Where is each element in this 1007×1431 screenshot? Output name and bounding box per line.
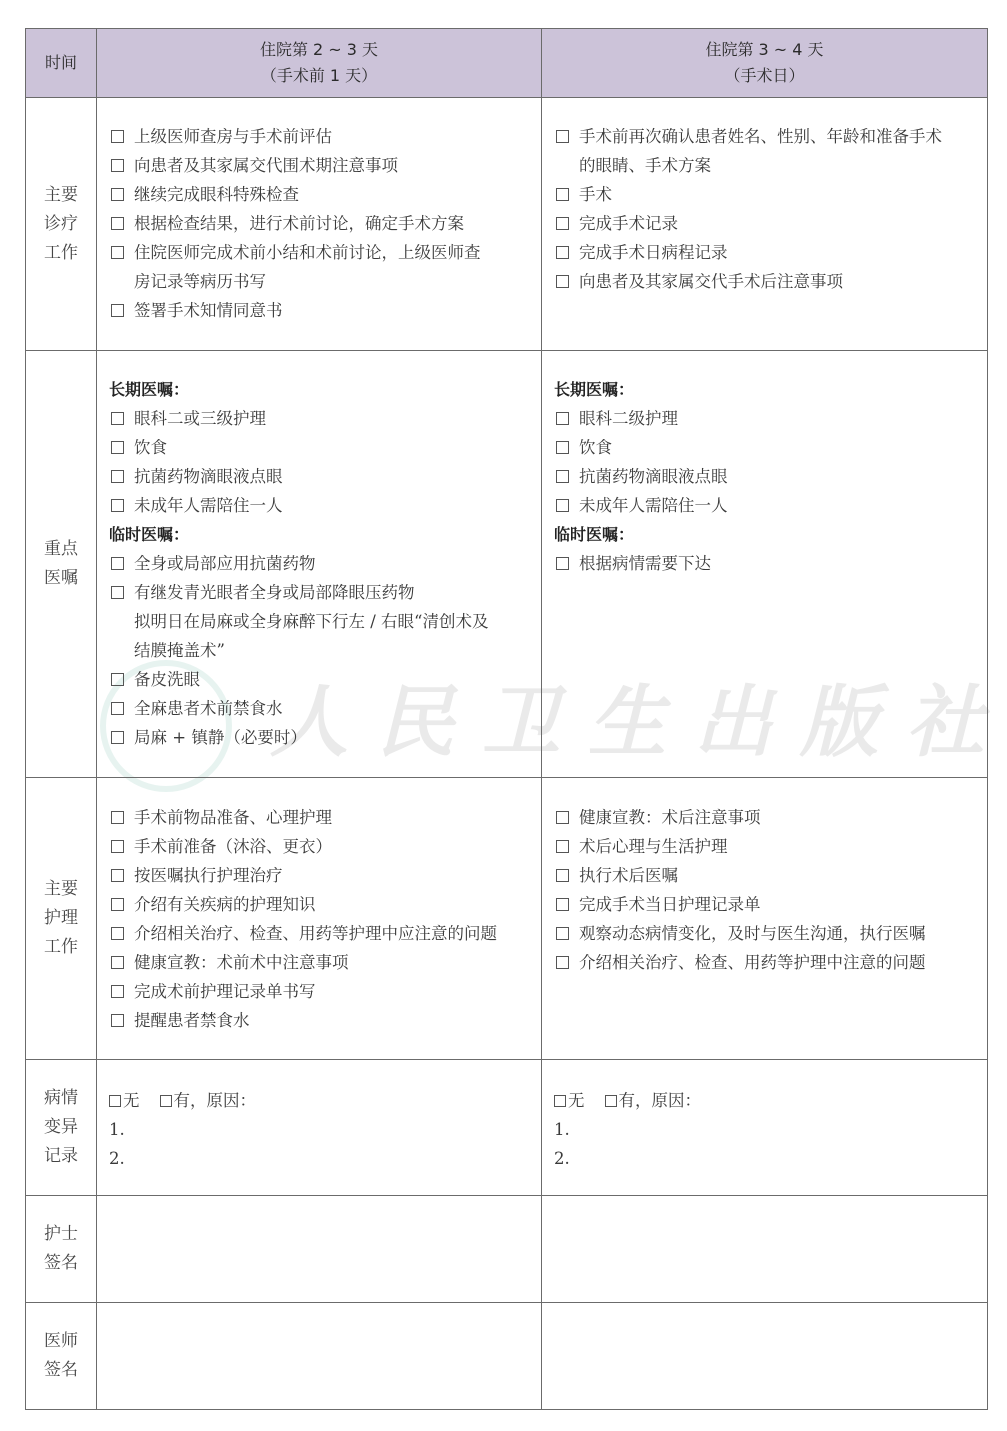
reason-line-2[interactable]: 2.: [109, 1144, 529, 1173]
checkbox-icon[interactable]: [111, 586, 124, 599]
checklist-item[interactable]: 局麻 + 镇静（必要时）: [109, 723, 529, 752]
long-term-orders-title: 长期医嘱：: [109, 375, 529, 404]
item-text: 介绍相关治疗、检查、用药等护理中注意的问题: [579, 948, 975, 977]
checkbox-icon[interactable]: [111, 1014, 124, 1027]
header-row: 时间 住院第 2 ~ 3 天 （手术前 1 天） 住院第 3 ~ 4 天 （手术…: [26, 29, 988, 98]
item-text: 向患者及其家属交代手术后注意事项: [579, 267, 975, 296]
doctor-signature-day2-3[interactable]: [97, 1303, 542, 1410]
variance-options: 无 有，原因：: [109, 1086, 529, 1115]
main-work-day3-4: 手术前再次确认患者姓名、性别、年龄和准备手术 的眼睛、手术方案 手术 完成手术记…: [542, 98, 988, 351]
checkbox-icon[interactable]: [111, 499, 124, 512]
item-text: 健康宣教：术后注意事项: [579, 803, 975, 832]
checklist-item[interactable]: 健康宣教：术前术中注意事项: [109, 948, 529, 977]
checkbox-icon[interactable]: [111, 985, 124, 998]
checklist-item[interactable]: 饮食: [109, 433, 529, 462]
label-line: 医师: [26, 1327, 96, 1356]
label-line: 变异: [26, 1113, 96, 1142]
item-text: 全身或局部应用抗菌药物: [134, 549, 529, 578]
surgery-plan-text-continued: 结膜掩盖术”: [109, 636, 529, 665]
label-line: 病情: [26, 1084, 96, 1113]
surgery-plan-text: 拟明日在局麻或全身麻醉下行左 / 右眼“清创术及: [109, 607, 529, 636]
checklist-item[interactable]: 有继发青光眼者全身或局部降眼压药物: [109, 578, 529, 607]
checklist-item[interactable]: 根据病情需要下达: [554, 549, 975, 578]
checkbox-icon[interactable]: [556, 441, 569, 454]
item-text: 完成手术当日护理记录单: [579, 890, 975, 919]
checklist-item[interactable]: 未成年人需陪住一人: [109, 491, 529, 520]
checklist-item[interactable]: 介绍相关治疗、检查、用药等护理中应注意的问题: [109, 919, 529, 948]
main-work-label: 主要 诊疗 工作: [26, 98, 97, 351]
checkbox-icon[interactable]: [556, 898, 569, 911]
checklist-item[interactable]: 介绍相关治疗、检查、用药等护理中注意的问题: [554, 948, 975, 977]
day2-3-subtitle: （手术前 1 天）: [97, 63, 541, 89]
item-text: 抗菌药物滴眼液点眼: [134, 462, 529, 491]
checkbox-none[interactable]: [554, 1095, 566, 1107]
long-term-orders-title: 长期医嘱：: [554, 375, 975, 404]
item-text: 饮食: [579, 433, 975, 462]
day2-3-header: 住院第 2 ~ 3 天 （手术前 1 天）: [97, 29, 542, 98]
checklist-item[interactable]: 手术前再次确认患者姓名、性别、年龄和准备手术: [554, 122, 975, 151]
checkbox-icon[interactable]: [556, 557, 569, 570]
key-orders-row: 重点 医嘱 长期医嘱： 眼科二或三级护理 饮食 抗菌药物滴眼液点眼 未成年人需陪…: [26, 351, 988, 778]
item-text: 提醒患者禁食水: [134, 1006, 529, 1035]
item-text: 备皮洗眼: [134, 665, 529, 694]
item-text: 按医嘱执行护理治疗: [134, 861, 529, 890]
temporary-orders-title: 临时医嘱：: [109, 520, 529, 549]
option-yes-label: 有，原因：: [174, 1086, 257, 1115]
nurse-signature-row: 护士 签名: [26, 1196, 988, 1303]
day3-4-title: 住院第 3 ~ 4 天: [542, 37, 987, 63]
variance-day3-4: 无 有，原因： 1. 2.: [542, 1060, 988, 1196]
item-text: 介绍相关治疗、检查、用药等护理中应注意的问题: [134, 919, 529, 948]
item-text: 向患者及其家属交代围术期注意事项: [134, 151, 529, 180]
item-text: 未成年人需陪住一人: [134, 491, 529, 520]
item-text: 手术前再次确认患者姓名、性别、年龄和准备手术: [579, 122, 975, 151]
variance-day2-3: 无 有，原因： 1. 2.: [97, 1060, 542, 1196]
item-text: 签署手术知情同意书: [134, 296, 529, 325]
checklist-item[interactable]: 执行术后医嘱: [554, 861, 975, 890]
checkbox-icon[interactable]: [556, 840, 569, 853]
nursing-work-day3-4: 健康宣教：术后注意事项 术后心理与生活护理 执行术后医嘱 完成手术当日护理记录单…: [542, 778, 988, 1060]
checklist-item[interactable]: 完成术前护理记录单书写: [109, 977, 529, 1006]
item-text: 饮食: [134, 433, 529, 462]
checklist-item[interactable]: 手术: [554, 180, 975, 209]
checklist-item[interactable]: 未成年人需陪住一人: [554, 491, 975, 520]
checkbox-icon[interactable]: [556, 470, 569, 483]
item-text: 根据病情需要下达: [579, 549, 975, 578]
day2-3-title: 住院第 2 ~ 3 天: [97, 37, 541, 63]
item-text: 全麻患者术前禁食水: [134, 694, 529, 723]
label-line: 诊疗: [26, 210, 96, 239]
checkbox-icon[interactable]: [111, 956, 124, 969]
item-text: 完成术前护理记录单书写: [134, 977, 529, 1006]
checklist-item[interactable]: 手术前准备（沐浴、更衣）: [109, 832, 529, 861]
nurse-signature-day2-3[interactable]: [97, 1196, 542, 1303]
checklist-item[interactable]: 抗菌药物滴眼液点眼: [109, 462, 529, 491]
item-text: 完成手术日病程记录: [579, 238, 975, 267]
nurse-signature-label: 护士 签名: [26, 1196, 97, 1303]
variance-row: 病情 变异 记录 无 有，原因： 1. 2. 无 有，原因： 1.: [26, 1060, 988, 1196]
item-text: 眼科二级护理: [579, 404, 975, 433]
main-work-day2-3: 上级医师查房与手术前评估 向患者及其家属交代围术期注意事项 继续完成眼科特殊检查…: [97, 98, 542, 351]
checkbox-icon[interactable]: [111, 731, 124, 744]
nursing-work-day2-3: 手术前物品准备、心理护理 手术前准备（沐浴、更衣） 按医嘱执行护理治疗 介绍有关…: [97, 778, 542, 1060]
variance-label: 病情 变异 记录: [26, 1060, 97, 1196]
checkbox-icon[interactable]: [556, 811, 569, 824]
checkbox-none[interactable]: [109, 1095, 121, 1107]
checkbox-icon[interactable]: [111, 412, 124, 425]
checklist-item[interactable]: 备皮洗眼: [109, 665, 529, 694]
checkbox-icon[interactable]: [556, 188, 569, 201]
checkbox-icon[interactable]: [111, 217, 124, 230]
item-text: 执行术后医嘱: [579, 861, 975, 890]
checklist-item[interactable]: 全麻患者术前禁食水: [109, 694, 529, 723]
item-text: 介绍有关疾病的护理知识: [134, 890, 529, 919]
item-text: 完成手术记录: [579, 209, 975, 238]
checkbox-icon[interactable]: [111, 188, 124, 201]
label-line: 护士: [26, 1220, 96, 1249]
reason-line-1[interactable]: 1.: [109, 1115, 529, 1144]
checklist-item[interactable]: 向患者及其家属交代手术后注意事项: [554, 267, 975, 296]
checkbox-icon[interactable]: [556, 869, 569, 882]
checkbox-icon[interactable]: [556, 275, 569, 288]
item-text: 有继发青光眼者全身或局部降眼压药物: [134, 578, 529, 607]
checkbox-icon[interactable]: [111, 702, 124, 715]
checkbox-icon[interactable]: [111, 673, 124, 686]
main-work-row: 主要 诊疗 工作 上级医师查房与手术前评估 向患者及其家属交代围术期注意事项 继…: [26, 98, 988, 351]
checkbox-icon[interactable]: [111, 869, 124, 882]
item-text: 继续完成眼科特殊检查: [134, 180, 529, 209]
checkbox-icon[interactable]: [556, 956, 569, 969]
nurse-signature-day3-4[interactable]: [542, 1196, 988, 1303]
checkbox-icon[interactable]: [556, 412, 569, 425]
item-text: 上级医师查房与手术前评估: [134, 122, 529, 151]
checklist-item[interactable]: 全身或局部应用抗菌药物: [109, 549, 529, 578]
label-line: 重点: [26, 535, 96, 564]
item-text-continued: 房记录等病历书写: [109, 267, 529, 296]
item-text: 住院医师完成术前小结和术前讨论，上级医师查: [134, 238, 529, 267]
checkbox-icon[interactable]: [556, 499, 569, 512]
label-line: 工作: [26, 239, 96, 268]
checklist-item[interactable]: 向患者及其家属交代围术期注意事项: [109, 151, 529, 180]
reason-line-2[interactable]: 2.: [554, 1144, 975, 1173]
item-text: 观察动态病情变化，及时与医生沟通，执行医嘱: [579, 919, 975, 948]
checklist-item[interactable]: 完成手术记录: [554, 209, 975, 238]
checkbox-icon[interactable]: [556, 927, 569, 940]
checkbox-icon[interactable]: [111, 811, 124, 824]
checklist-item[interactable]: 抗菌药物滴眼液点眼: [554, 462, 975, 491]
checklist-item[interactable]: 手术前物品准备、心理护理: [109, 803, 529, 832]
checklist-item[interactable]: 健康宣教：术后注意事项: [554, 803, 975, 832]
checklist-item[interactable]: 观察动态病情变化，及时与医生沟通，执行医嘱: [554, 919, 975, 948]
label-line: 签名: [26, 1249, 96, 1278]
doctor-signature-row: 医师 签名: [26, 1303, 988, 1410]
label-line: 医嘱: [26, 564, 96, 593]
checkbox-icon[interactable]: [556, 246, 569, 259]
checkbox-icon[interactable]: [556, 217, 569, 230]
time-header: 时间: [26, 29, 97, 98]
doctor-signature-day3-4[interactable]: [542, 1303, 988, 1410]
variance-options: 无 有，原因：: [554, 1086, 975, 1115]
item-text: 手术前物品准备、心理护理: [134, 803, 529, 832]
checklist-item[interactable]: 介绍有关疾病的护理知识: [109, 890, 529, 919]
label-line: 工作: [26, 933, 96, 962]
key-orders-label: 重点 医嘱: [26, 351, 97, 778]
checkbox-icon[interactable]: [111, 898, 124, 911]
label-line: 记录: [26, 1142, 96, 1171]
item-text: 眼科二或三级护理: [134, 404, 529, 433]
option-yes-label: 有，原因：: [619, 1086, 702, 1115]
checkbox-icon[interactable]: [111, 304, 124, 317]
item-text: 健康宣教：术前术中注意事项: [134, 948, 529, 977]
checkbox-icon[interactable]: [111, 470, 124, 483]
checkbox-icon[interactable]: [111, 557, 124, 570]
day3-4-subtitle: （手术日）: [542, 63, 987, 89]
label-line: 主要: [26, 181, 96, 210]
item-text: 抗菌药物滴眼液点眼: [579, 462, 975, 491]
temporary-orders-title: 临时医嘱：: [554, 520, 975, 549]
checkbox-icon[interactable]: [111, 159, 124, 172]
item-text: 手术: [579, 180, 975, 209]
checklist-item[interactable]: 按医嘱执行护理治疗: [109, 861, 529, 890]
checkbox-icon[interactable]: [111, 927, 124, 940]
checklist-item[interactable]: 签署手术知情同意书: [109, 296, 529, 325]
item-text: 手术前准备（沐浴、更衣）: [134, 832, 529, 861]
checklist-item[interactable]: 术后心理与生活护理: [554, 832, 975, 861]
checkbox-icon[interactable]: [111, 840, 124, 853]
checklist-item[interactable]: 完成手术当日护理记录单: [554, 890, 975, 919]
reason-line-1[interactable]: 1.: [554, 1115, 975, 1144]
option-none-label: 无: [123, 1086, 140, 1115]
item-text-continued: 的眼睛、手术方案: [554, 151, 975, 180]
option-none-label: 无: [568, 1086, 585, 1115]
checkbox-yes[interactable]: [160, 1095, 172, 1107]
item-text: 术后心理与生活护理: [579, 832, 975, 861]
checkbox-icon[interactable]: [111, 441, 124, 454]
checklist-item[interactable]: 眼科二级护理: [554, 404, 975, 433]
clinical-pathway-table: 时间 住院第 2 ~ 3 天 （手术前 1 天） 住院第 3 ~ 4 天 （手术…: [25, 28, 988, 1410]
key-orders-day3-4: 长期医嘱： 眼科二级护理 饮食 抗菌药物滴眼液点眼 未成年人需陪住一人 临时医嘱…: [542, 351, 988, 778]
checklist-item[interactable]: 完成手术日病程记录: [554, 238, 975, 267]
checkbox-yes[interactable]: [605, 1095, 617, 1107]
day3-4-header: 住院第 3 ~ 4 天 （手术日）: [542, 29, 988, 98]
key-orders-day2-3: 长期医嘱： 眼科二或三级护理 饮食 抗菌药物滴眼液点眼 未成年人需陪住一人 临时…: [97, 351, 542, 778]
checklist-item[interactable]: 上级医师查房与手术前评估: [109, 122, 529, 151]
nursing-work-row: 主要 护理 工作 手术前物品准备、心理护理 手术前准备（沐浴、更衣） 按医嘱执行…: [26, 778, 988, 1060]
item-text: 局麻 + 镇静（必要时）: [134, 723, 529, 752]
label-line: 护理: [26, 904, 96, 933]
checkbox-icon[interactable]: [556, 130, 569, 143]
checklist-item[interactable]: 继续完成眼科特殊检查: [109, 180, 529, 209]
checklist-item[interactable]: 住院医师完成术前小结和术前讨论，上级医师查: [109, 238, 529, 267]
checkbox-icon[interactable]: [111, 130, 124, 143]
nursing-work-label: 主要 护理 工作: [26, 778, 97, 1060]
checklist-item[interactable]: 根据检查结果，进行术前讨论，确定手术方案: [109, 209, 529, 238]
item-text: 未成年人需陪住一人: [579, 491, 975, 520]
checklist-item[interactable]: 饮食: [554, 433, 975, 462]
checkbox-icon[interactable]: [111, 246, 124, 259]
label-line: 主要: [26, 875, 96, 904]
checklist-item[interactable]: 眼科二或三级护理: [109, 404, 529, 433]
doctor-signature-label: 医师 签名: [26, 1303, 97, 1410]
label-line: 签名: [26, 1356, 96, 1385]
item-text: 根据检查结果，进行术前讨论，确定手术方案: [134, 209, 529, 238]
checklist-item[interactable]: 提醒患者禁食水: [109, 1006, 529, 1035]
